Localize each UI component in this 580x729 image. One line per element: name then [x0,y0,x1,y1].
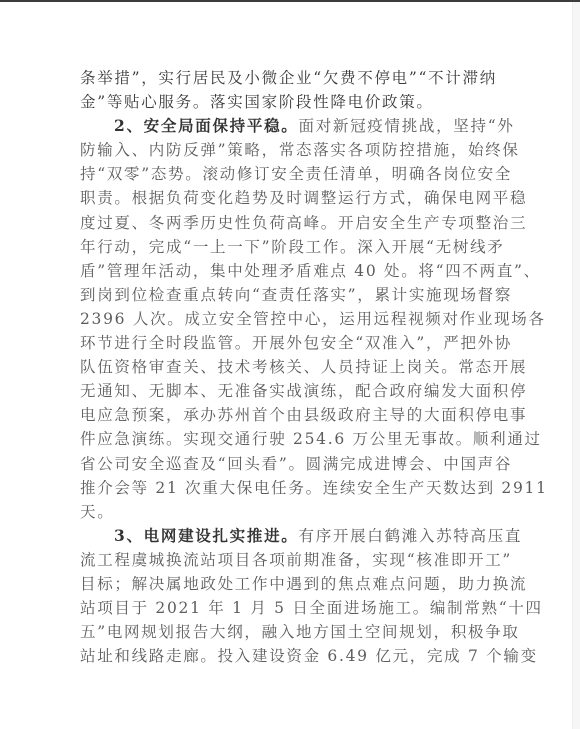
text-line: 无通知、无脚本、无准备实战演练，配合政府编发大面积停 [80,379,498,403]
text-line: 职责。根据负荷变化趋势及时调整运行方式，确保电网平稳 [80,186,498,210]
text-line: 度过夏、冬两季历史性负荷高峰。开启安全生产专项整治三 [80,211,498,235]
paragraph-1-tail: 条举措”，实行居民及小微企业“欠费不停电”“不计滞纳 金”等贴心服务。落实国家阶… [80,66,498,114]
text-line: 五”电网规划报告大纲，融入地方国土空间规划，积极争取 [80,620,498,644]
text-line: 省公司安全巡查及“回头看”。圆满完成进博会、中国声谷 [80,452,498,476]
text-line: 2396 人次。成立安全管控中心，运用远程视频对作业现场各 [80,307,498,331]
page-edge [572,2,580,729]
text-line: 站项目于 2021 年 1 月 5 日全面进场施工。编制常熟“十四 [80,596,498,620]
text-line: 天。 [80,500,498,524]
text-line: 目标；解决属地政处工作中遇到的焦点难点问题，助力换流 [80,572,498,596]
text-line: 年行动，完成“一上一下”阶段工作。深入开展“无树线矛 [80,235,498,259]
text-line: 持“双零”态势。滚动修订安全责任清单，明确各岗位安全 [80,162,498,186]
text-line: 队伍资格审查关、技术考核关、人员持证上岗关。常态开展 [80,355,498,379]
text-line: 电应急预案，承办苏州首个由县级政府主导的大面积停电事 [80,403,498,427]
text-line: 金”等贴心服务。落实国家阶段性降电价政策。 [80,90,498,114]
text-line: 流工程虞城换流站项目各项前期准备，实现“核准即开工” [80,548,498,572]
text-line: 盾”管理年活动，集中处理矛盾难点 40 处。将“四不两直”、 [80,259,498,283]
text-line: 件应急演练。实现交通行驶 254.6 万公里无事故。顺利通过 [80,427,498,451]
text-run: 面对新冠疫情挑战，坚持“外 [299,117,515,135]
section-heading: 2、安全局面保持平稳。 [114,116,299,135]
text-line: 条举措”，实行居民及小微企业“欠费不停电”“不计滞纳 [80,66,498,90]
text-line: 防输入、内防反弹”策略，常态落实各项防控措施，始终保 [80,138,498,162]
text-line: 2、安全局面保持平稳。面对新冠疫情挑战，坚持“外 [80,114,498,138]
section-heading: 3、电网建设扎实推进。 [114,526,299,545]
top-border [0,0,580,2]
text-line: 环节进行全时段监管。开展外包安全“双准入”，严把外协 [80,331,498,355]
paragraph-3-grid-construction: 3、电网建设扎实推进。有序开展白鹤滩入苏特高压直 流工程虞城换流站项目各项前期准… [80,524,498,669]
text-line: 站址和线路走廊。投入建设资金 6.49 亿元，完成 7 个输变 [80,644,498,668]
paragraph-2-safety: 2、安全局面保持平稳。面对新冠疫情挑战，坚持“外 防输入、内防反弹”策略，常态落… [80,114,498,524]
document-page: 条举措”，实行居民及小微企业“欠费不停电”“不计滞纳 金”等贴心服务。落实国家阶… [80,66,498,668]
text-run: 有序开展白鹤滩入苏特高压直 [299,527,523,545]
text-line: 到岗到位检查重点转向“查责任落实”，累计实施现场督察 [80,283,498,307]
text-line: 3、电网建设扎实推进。有序开展白鹤滩入苏特高压直 [80,524,498,548]
text-line: 推介会等 21 次重大保电任务。连续安全生产天数达到 2911 [80,476,498,500]
